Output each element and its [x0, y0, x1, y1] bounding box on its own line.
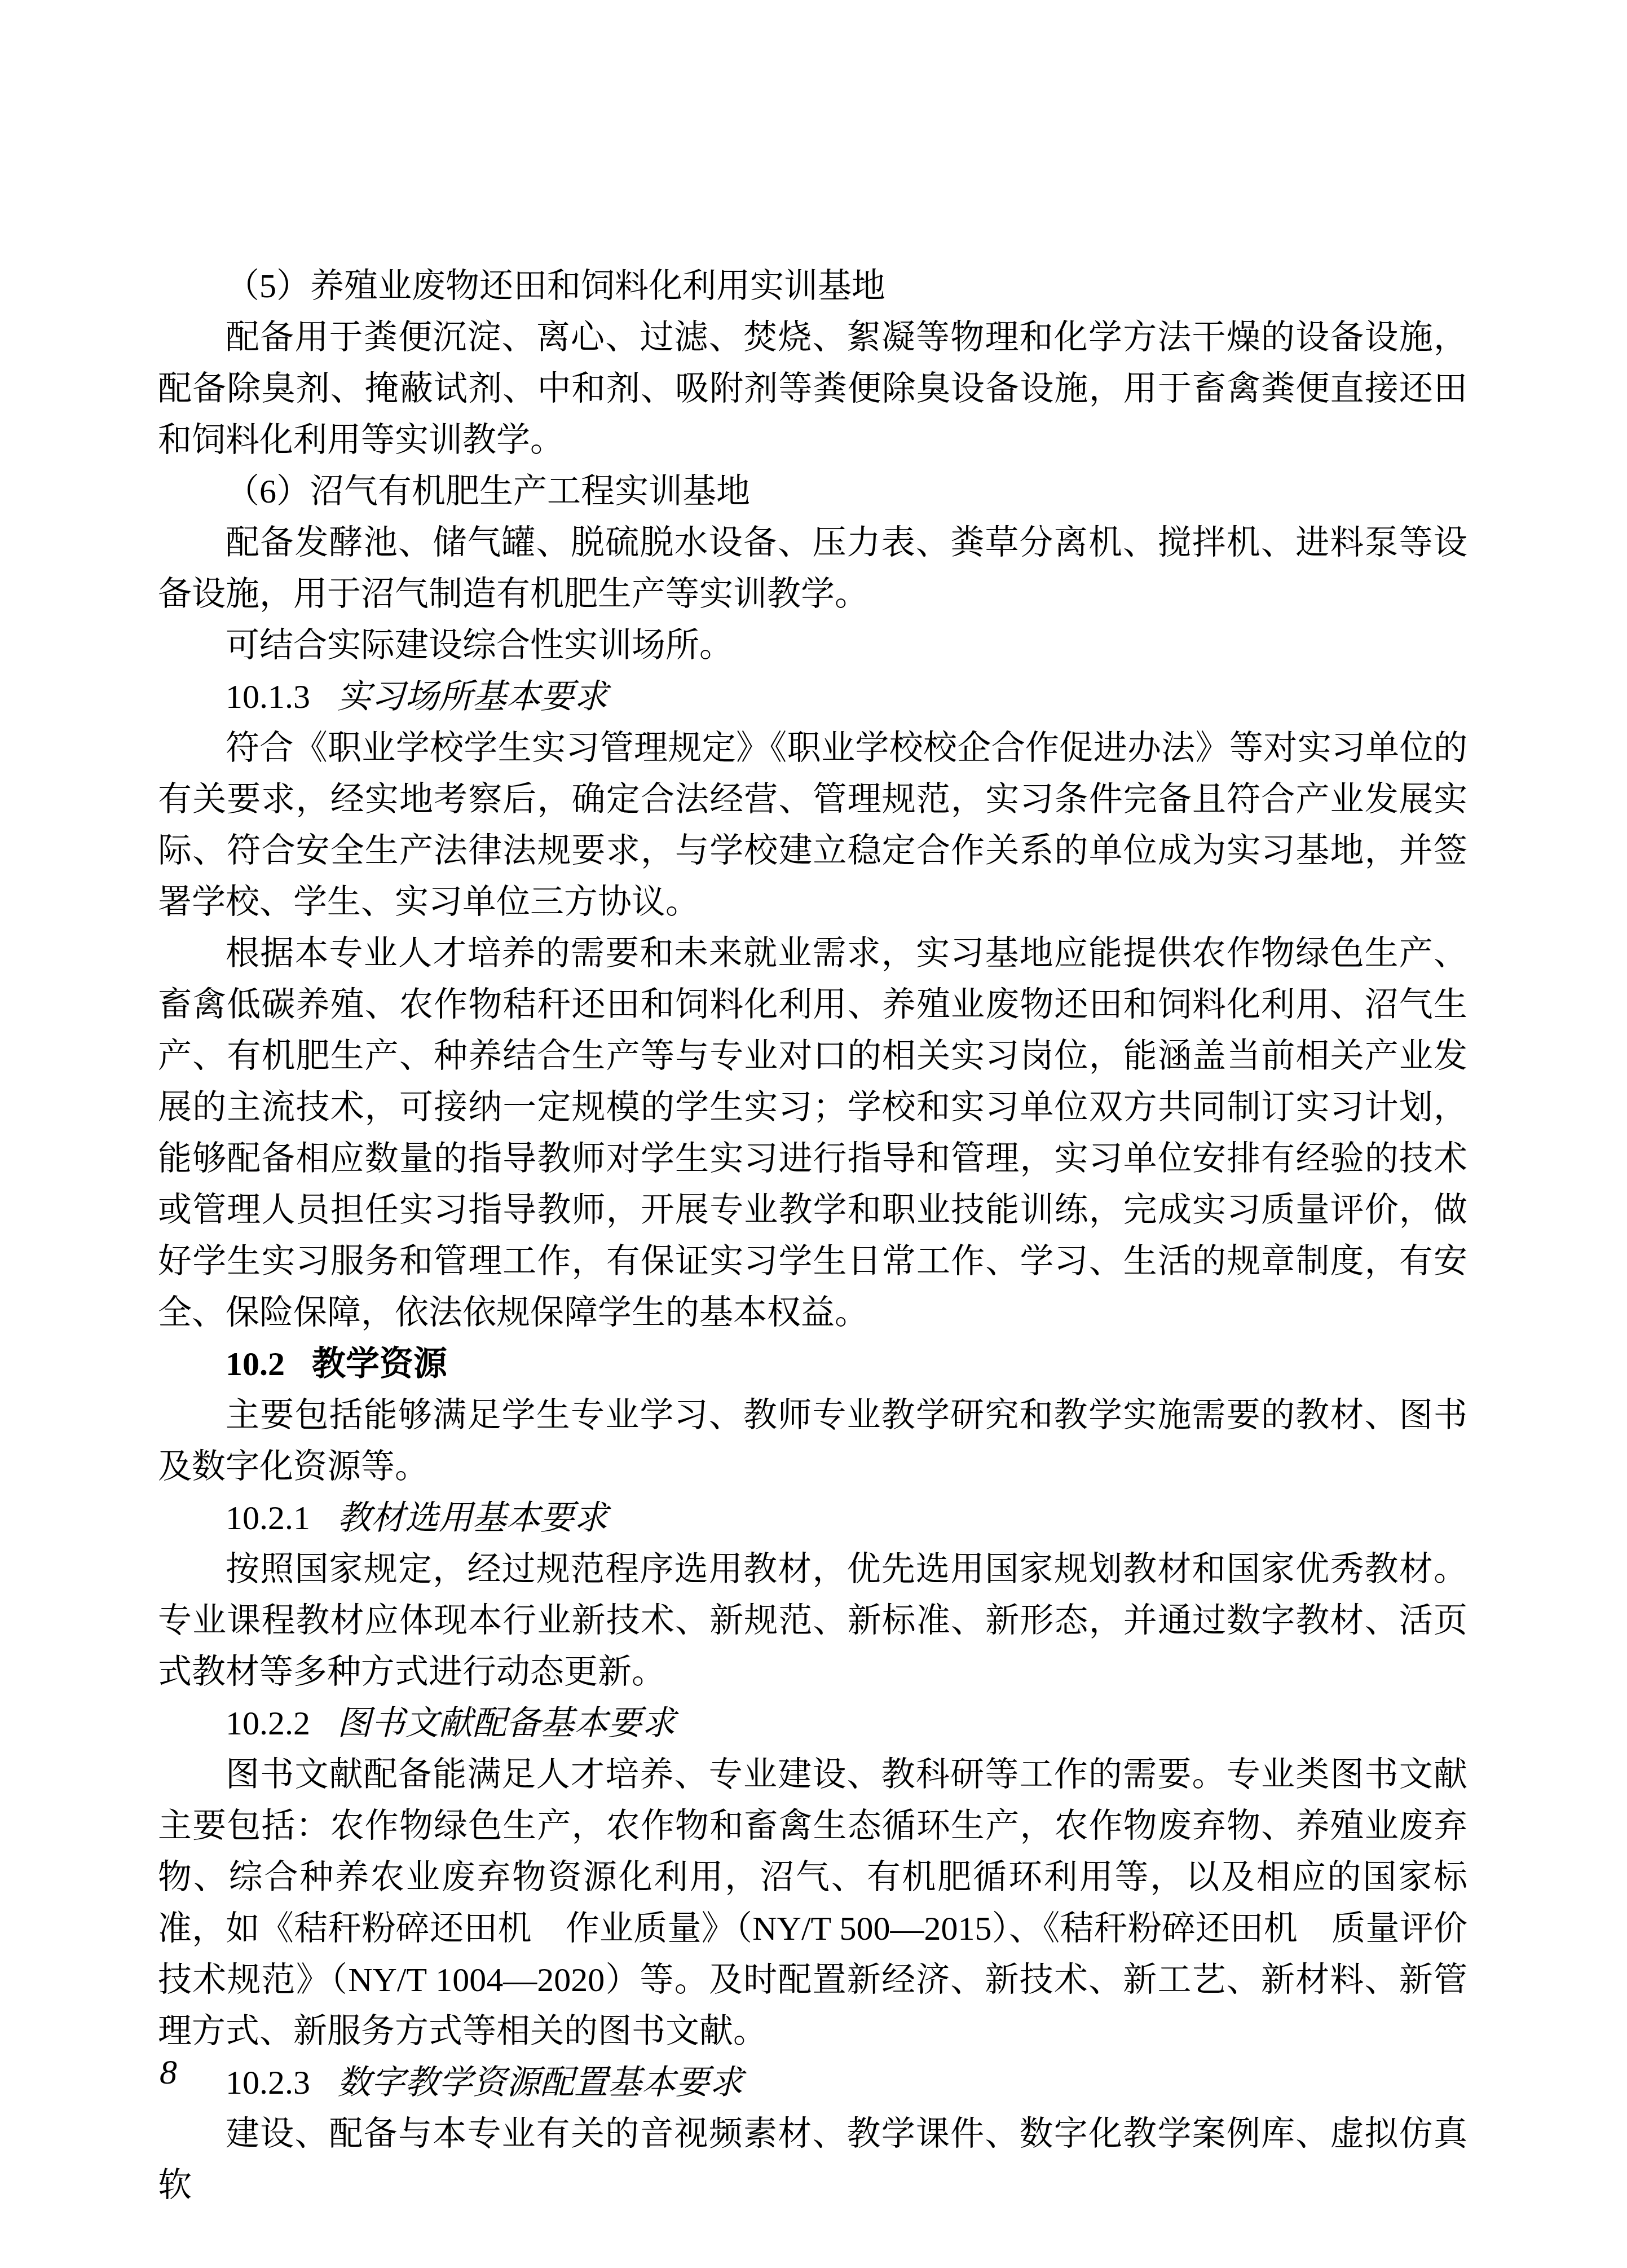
heading-title: 数字教学资源配置基本要求: [337, 2064, 743, 2101]
paragraph-internship-base-requirements: 根据本专业人才培养的需要和未来就业需求，实习基地应能提供农作物绿色生产、畜禽低碳…: [158, 928, 1467, 1338]
paragraph-teaching-resources-intro: 主要包括能够满足学生专业学习、教师专业教学研究和教学实施需要的教材、图书及数字化…: [158, 1390, 1467, 1492]
heading-number: 10.1.3: [226, 678, 310, 715]
heading-title: 实习场所基本要求: [337, 678, 608, 715]
paragraph-textbook-selection: 按照国家规定，经过规范程序选用教材，优先选用国家规划教材和国家优秀教材。专业课程…: [158, 1544, 1467, 1698]
document-page: （5）养殖业废物还田和饲料化利用实训基地 配备用于粪便沉淀、离心、过滤、焚烧、絮…: [0, 0, 1627, 2268]
heading-10-2: 10.2教学资源: [158, 1338, 1467, 1390]
heading-title: 教材选用基本要求: [337, 1499, 608, 1536]
paragraph-digital-teaching-resources: 建设、配备与本专业有关的音视频素材、教学课件、数字化教学案例库、虚拟仿真软: [158, 2108, 1467, 2211]
paragraph-internship-unit-requirements: 符合《职业学校学生实习管理规定》《职业学校校企合作促进办法》等对实习单位的有关要…: [158, 723, 1467, 928]
paragraph-library-literature: 图书文献配备能满足人才培养、专业建设、教科研等工作的需要。专业类图书文献主要包括…: [158, 1749, 1467, 2057]
heading-item-6: （6）沼气有机肥生产工程实训基地: [158, 466, 1467, 517]
paragraph-comprehensive-training-site: 可结合实际建设综合性实训场所。: [158, 620, 1467, 671]
heading-10-2-1: 10.2.1教材选用基本要求: [158, 1492, 1467, 1544]
page-number: 8: [160, 2050, 177, 2095]
heading-title: 教学资源: [312, 1345, 447, 1382]
document-content: （5）养殖业废物还田和饲料化利用实训基地 配备用于粪便沉淀、离心、过滤、焚烧、絮…: [158, 261, 1467, 2211]
paragraph-waste-reuse-base-equipment: 配备用于粪便沉淀、离心、过滤、焚烧、絮凝等物理和化学方法干燥的设备设施，配备除臭…: [158, 312, 1467, 466]
heading-number: 10.2.1: [226, 1499, 310, 1536]
heading-number: 10.2: [226, 1345, 285, 1382]
heading-10-2-2: 10.2.2图书文献配备基本要求: [158, 1698, 1467, 1749]
heading-10-1-3: 10.1.3实习场所基本要求: [158, 671, 1467, 723]
heading-number: 10.2.3: [226, 2064, 310, 2101]
paragraph-biogas-base-equipment: 配备发酵池、储气罐、脱硫脱水设备、压力表、粪草分离机、搅拌机、进料泵等设备设施，…: [158, 517, 1467, 620]
heading-title: 图书文献配备基本要求: [337, 1705, 676, 1742]
heading-number: 10.2.2: [226, 1705, 310, 1742]
heading-item-5: （5）养殖业废物还田和饲料化利用实训基地: [158, 261, 1467, 312]
heading-10-2-3: 10.2.3数字教学资源配置基本要求: [158, 2057, 1467, 2108]
